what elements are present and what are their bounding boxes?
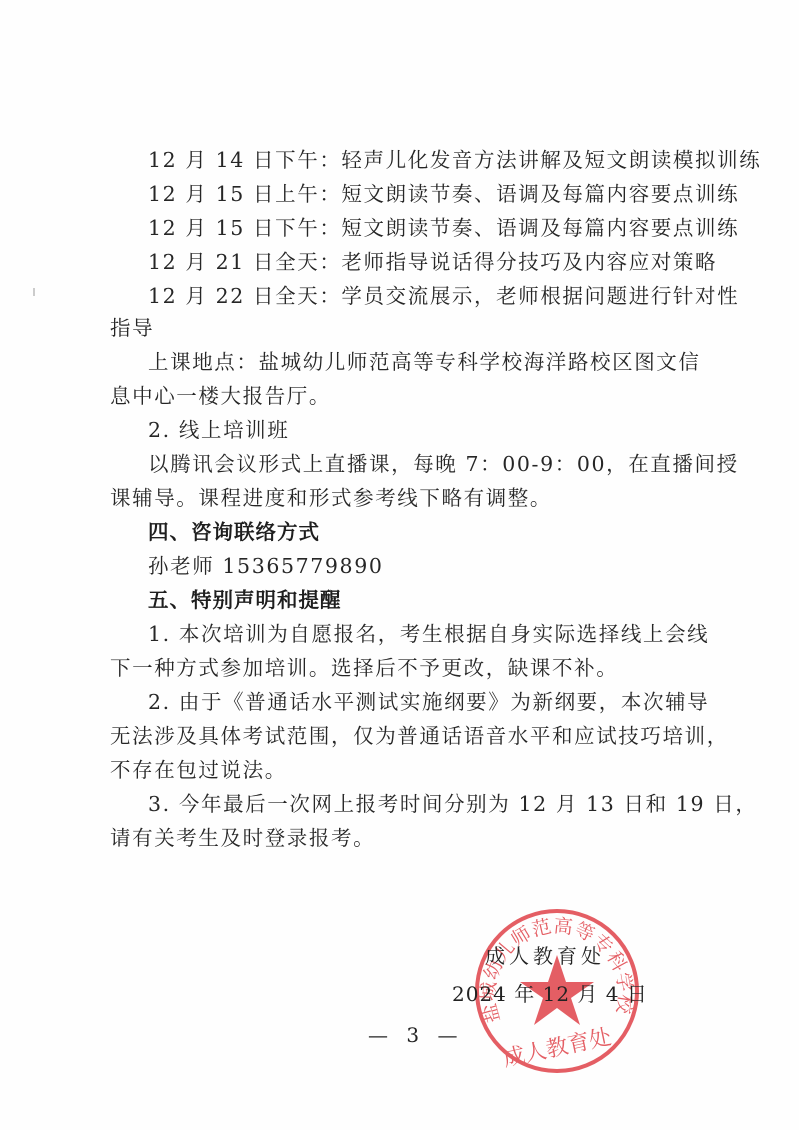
note-2-line-1: 2. 由于《普通话水平测试实施纲要》为新纲要，本次辅导 bbox=[148, 690, 696, 714]
schedule-line-2: 12 月 15 日上午：短文朗读节奏、语调及每篇内容要点训练 bbox=[148, 182, 696, 206]
note-3-line-1: 3. 今年最后一次网上报考时间分别为 12 月 13 日和 19 日， bbox=[148, 792, 696, 816]
online-class-line-1: 以腾讯会议形式上直播课，每晚 7：00-9：00，在直播间授 bbox=[148, 452, 696, 476]
section-4-heading: 四、咨询联络方式 bbox=[148, 520, 696, 544]
note-2-line-2: 无法涉及具体考试范围，仅为普通话语音水平和应试技巧培训， bbox=[110, 724, 695, 748]
online-class-line-2: 课辅导。课程进度和形式参考线下略有调整。 bbox=[110, 486, 695, 510]
schedule-line-5-cont: 指导 bbox=[110, 316, 695, 340]
location-line-1: 上课地点：盐城幼儿师范高等专科学校海洋路校区图文信 bbox=[148, 350, 696, 374]
page-number: — 3 — bbox=[368, 1023, 463, 1047]
online-class-title: 2. 线上培训班 bbox=[148, 418, 696, 442]
signature-date: 2024 年 12 月 4 日 bbox=[452, 978, 648, 1007]
stamp-inner-text: 成人教育处 bbox=[501, 1025, 614, 1072]
note-1-line-1: 1. 本次培训为自愿报名，考生根据自身实际选择线上会线 bbox=[148, 622, 696, 646]
schedule-line-3: 12 月 15 日下午：短文朗读节奏、语调及每篇内容要点训练 bbox=[148, 216, 696, 240]
note-1-line-2: 下一种方式参加培训。选择后不予更改，缺课不补。 bbox=[110, 656, 695, 680]
section-5-heading: 五、特别声明和提醒 bbox=[148, 588, 696, 612]
document-page: 12 月 14 日下午：轻声儿化发音方法讲解及短文朗读模拟训练 12 月 15 … bbox=[0, 0, 799, 1130]
location-line-2: 息中心一楼大报告厅。 bbox=[110, 384, 695, 408]
scan-speck bbox=[33, 288, 35, 296]
note-2-line-3: 不存在包过说法。 bbox=[110, 758, 695, 782]
schedule-line-4: 12 月 21 日全天：老师指导说话得分技巧及内容应对策略 bbox=[148, 250, 696, 274]
note-3-line-2: 请有关考生及时登录报考。 bbox=[110, 826, 695, 850]
schedule-line-1: 12 月 14 日下午：轻声儿化发音方法讲解及短文朗读模拟训练 bbox=[148, 148, 696, 172]
signature-department: 成人教育处 bbox=[485, 940, 605, 969]
contact-info: 孙老师 15365779890 bbox=[148, 554, 696, 578]
schedule-line-5: 12 月 22 日全天：学员交流展示，老师根据问题进行针对性 bbox=[148, 284, 696, 308]
